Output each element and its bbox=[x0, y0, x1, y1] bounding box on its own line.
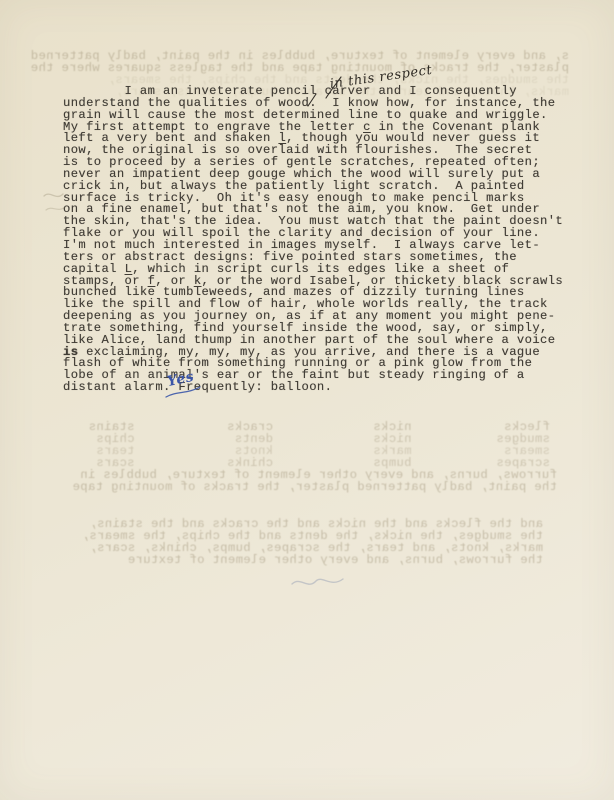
bleed-through-line: scrapes bumps chinks scars bbox=[96, 458, 550, 470]
handwriting-bleed-mark bbox=[292, 579, 343, 584]
manuscript-page: s, and every element of texture, bubbles… bbox=[0, 0, 614, 800]
bleed-through-line: and the flecks and the nicks and the cra… bbox=[89, 519, 543, 531]
bleed-through-line: smudges nicks dents chips bbox=[96, 434, 550, 446]
bleed-through-line: the paint, badly patterned plaster, the … bbox=[72, 482, 557, 494]
bleed-through-line: smears marks knots tears bbox=[96, 446, 550, 458]
bleed-through-line: marks, knots, and tears, the scrapes, bu… bbox=[89, 543, 543, 555]
typed-paragraph: I am an inveterate pencil carver and I c… bbox=[63, 86, 563, 394]
bleed-through-line: furrows, burns, and every other element … bbox=[80, 470, 557, 482]
typed-line: distant alarm. Frequently: balloon. bbox=[63, 382, 563, 394]
bleed-through-line: plaster, the tracks of mounting tape and… bbox=[30, 63, 569, 75]
bleed-through-line: s, and every element of texture, bubbles… bbox=[30, 51, 569, 63]
bleed-through-line: flecks nicks cracks stains bbox=[88, 422, 550, 434]
margin-bleed-mark-1 bbox=[44, 194, 63, 196]
bleed-through-line: the smudges, the nicks, the dents and th… bbox=[81, 531, 543, 543]
bleed-through-line: the furrows, burns, and every other elem… bbox=[128, 555, 543, 567]
